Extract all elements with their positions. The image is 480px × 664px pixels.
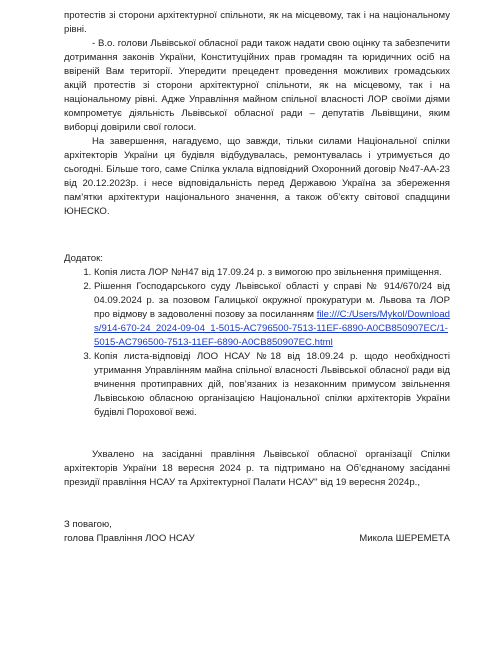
attachments-title: Додаток: — [64, 252, 450, 266]
signature-closing: З повагою, — [64, 518, 450, 532]
signature-position: голова Правління ЛОО НСАУ — [64, 532, 195, 546]
attachment-item: Рішення Господарського суду Львівської о… — [94, 280, 450, 350]
paragraph-protests: протестів зі сторони архітектурної спіль… — [64, 9, 450, 37]
document-page: протестів зі сторони архітектурної спіль… — [64, 9, 450, 546]
paragraph-conclusion: На завершення, нагадуємо, що завжди, тіл… — [64, 135, 450, 219]
signature-name: Микола ШЕРЕМЕТА — [359, 532, 450, 546]
attachment-item: Копія листа-відповіді ЛОО НСАУ №18 від 1… — [94, 350, 450, 420]
paragraph-acting-head: - В.о. голови Львівської обласної ради т… — [64, 37, 450, 135]
signature-block: З повагою, голова Правління ЛОО НСАУ Мик… — [64, 518, 450, 546]
attachments-section: Додаток: Копія листа ЛОР №Н47 від 17.09.… — [64, 252, 450, 420]
attachments-list: Копія листа ЛОР №Н47 від 17.09.24 р. з в… — [64, 266, 450, 420]
attachment-item: Копія листа ЛОР №Н47 від 17.09.24 р. з в… — [94, 266, 450, 280]
approval-paragraph: Ухвалено на засіданні правління Львівськ… — [64, 448, 450, 490]
